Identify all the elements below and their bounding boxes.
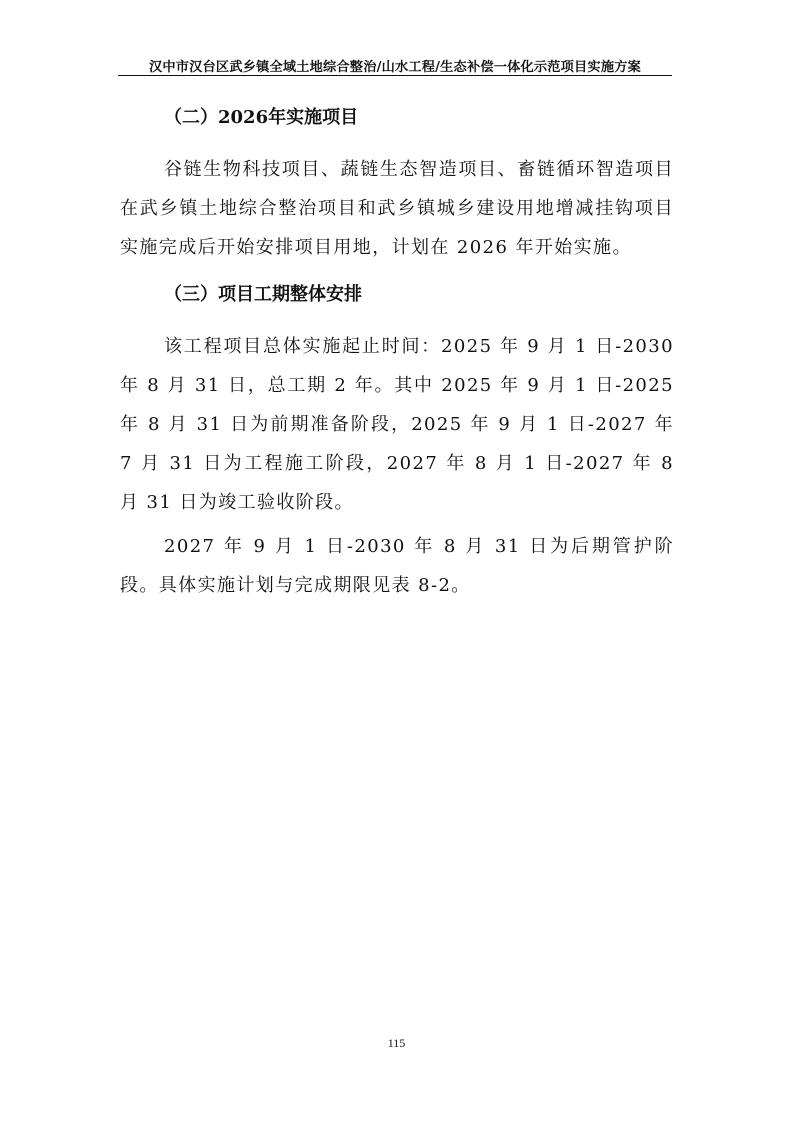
paragraph-schedule-overall: 该工程项目总体实施起止时间：2025 年 9 月 1 日-2030 年 8 月 … [120, 327, 674, 522]
header-divider [118, 75, 672, 76]
running-header: 汉中市汉台区武乡镇全域土地综合整治/山水工程/生态补偿一体化示范项目实施方案 [118, 56, 672, 75]
page-body: （二）2026年实施项目 谷链生物科技项目、蔬链生态智造项目、畜链循环智造项目在… [120, 100, 674, 605]
page-number: 115 [0, 1036, 793, 1051]
paragraph-2026-projects: 谷链生物科技项目、蔬链生态智造项目、畜链循环智造项目在武乡镇土地综合整治项目和武… [120, 150, 674, 267]
section-heading-2026-projects: （二）2026年实施项目 [120, 100, 674, 136]
paragraph-schedule-maintenance: 2027 年 9 月 1 日-2030 年 8 月 31 日为后期管护阶段。具体… [120, 527, 674, 605]
section-heading-schedule: （三）项目工期整体安排 [120, 277, 674, 313]
